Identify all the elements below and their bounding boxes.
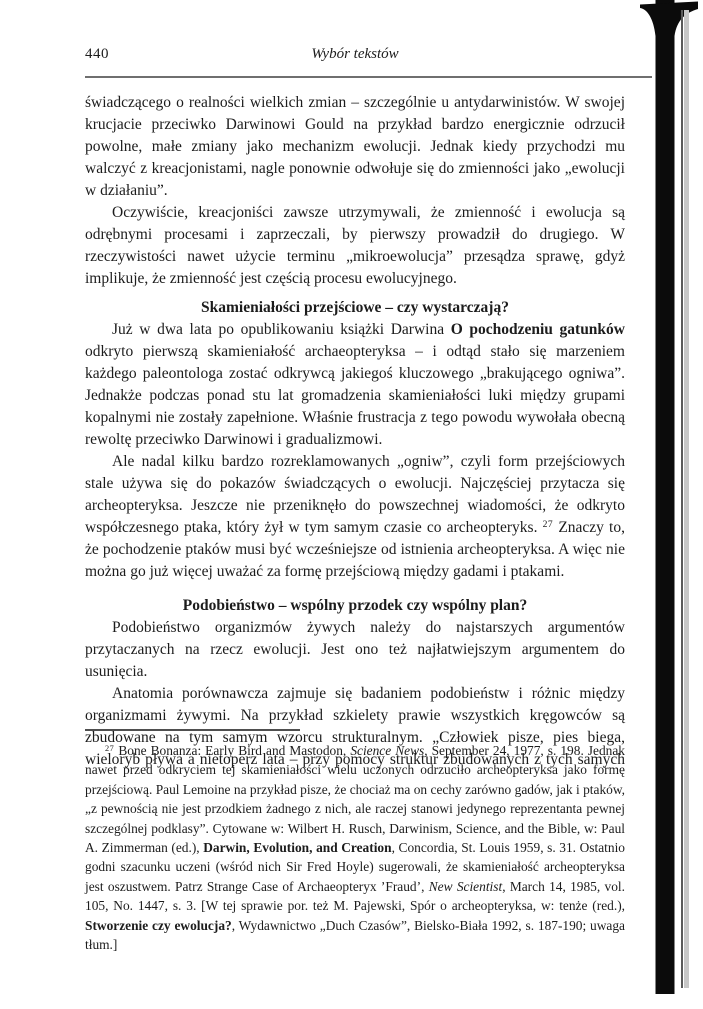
header-rule bbox=[85, 76, 652, 78]
page-edge-line-dark bbox=[681, 10, 683, 988]
paragraph-4: Ale nadal kilku bardzo rozreklamowanych … bbox=[85, 451, 625, 583]
paragraph-2: Oczywiście, kreacjoniści zawsze utrzymyw… bbox=[85, 202, 625, 290]
scanned-book-page: 440 Wybór tekstów świadczącego o realnoś… bbox=[0, 0, 703, 1009]
running-title: Wybór tekstów bbox=[85, 46, 625, 63]
footnote-separator-rule bbox=[85, 729, 300, 731]
page-body: świadczącego o realności wielkich zmian … bbox=[85, 92, 625, 771]
paragraph-1: świadczącego o realności wielkich zmian … bbox=[85, 92, 625, 202]
page-edge-shadow bbox=[640, 0, 703, 1009]
paragraph-3: Już w dwa lata po opublikowaniu książki … bbox=[85, 319, 625, 451]
section-heading-1: Skamieniałości przejściowe – czy wystarc… bbox=[85, 297, 625, 319]
paragraph-5: Podobieństwo organizmów żywych należy do… bbox=[85, 617, 625, 683]
section-heading-2: Podobieństwo – wspólny przodek czy wspól… bbox=[85, 595, 625, 617]
running-header: 440 Wybór tekstów bbox=[85, 46, 625, 66]
page-edge-line-light bbox=[684, 10, 689, 988]
footnote-27: 27 Bone Bonanza: Early Bird and Mastodon… bbox=[85, 741, 625, 954]
